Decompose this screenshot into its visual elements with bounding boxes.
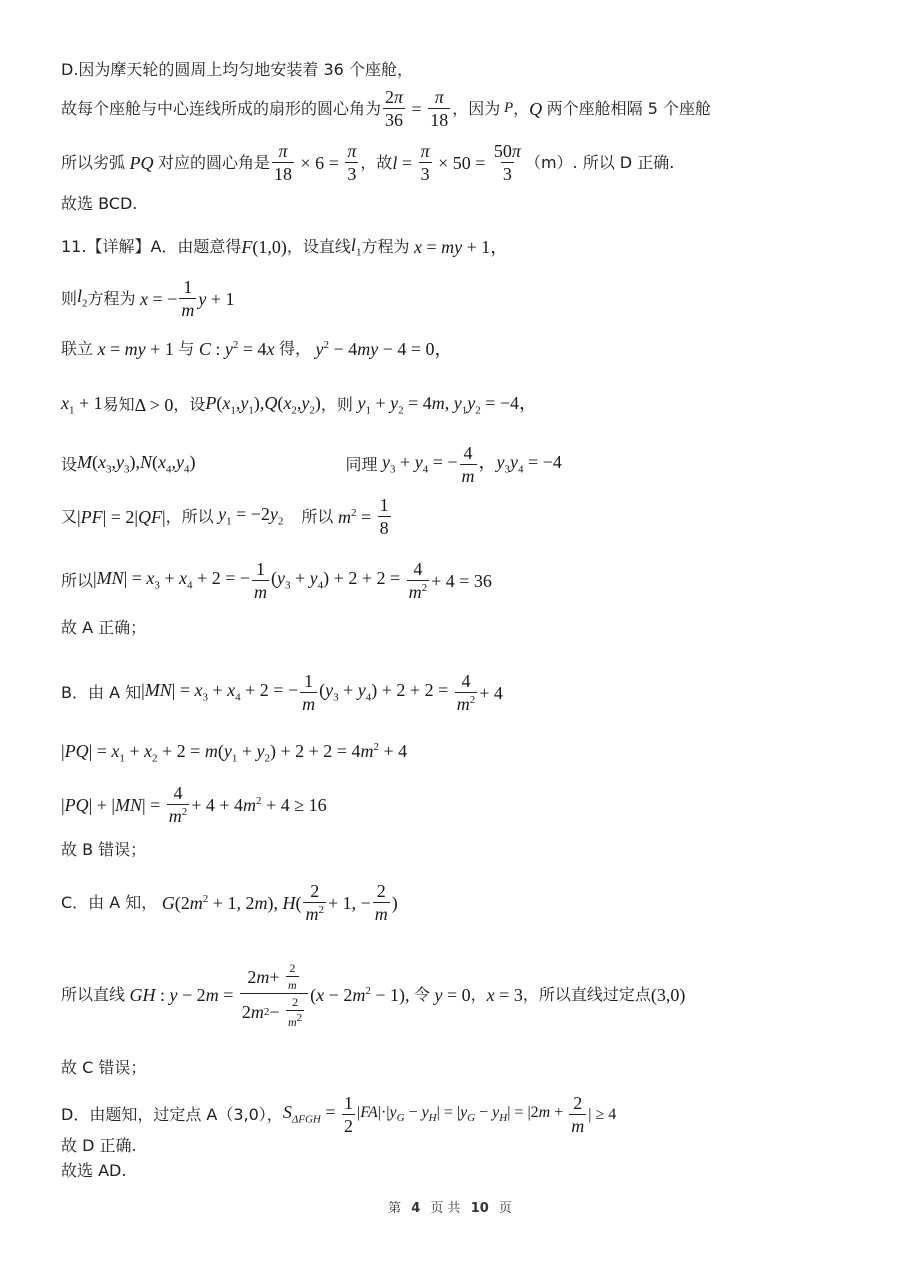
line-b-mn: B．由 A 知 |MN| = x3 + x4 + 2 = − 1m (y3 + … [61, 672, 503, 713]
line-d-area: D．由题知，过定点 A（3,0）， SΔFGH = 12 |FA|·|yG − … [61, 1094, 616, 1135]
text: ， [471, 987, 487, 1003]
fraction-pi-over-18: π18 [428, 88, 450, 129]
line-ferris-wheel-seats: D.因为摩天轮的圆周上均匀地安装着 36 个座舱， [61, 62, 413, 78]
text: 联立 [61, 341, 93, 357]
line-l2-equation: 则 l2 方程为 x = − 1m y + 1 [61, 278, 235, 319]
line-sector-angle: 故每个座舱与中心连线所成的扇形的圆心角为 2π36 = π18 ，因为 P ， … [61, 88, 711, 129]
line-answer-ad: 故选 AD. [61, 1163, 126, 1179]
text: 则 [61, 291, 77, 307]
text: ，所以直线过定点 [523, 987, 651, 1003]
text: 又 [61, 509, 77, 525]
total-pages: 10 [471, 1201, 489, 1216]
text: 同理 [346, 457, 378, 473]
text: 对应的圆心角是 [158, 155, 270, 171]
slope-fraction: 2m + 2m 2m2 − 2m2 [240, 962, 308, 1028]
text: ，所以 [166, 509, 214, 525]
text: 故 B 错误； [61, 842, 146, 858]
line-combine: 联立 x = my + 1 与 C : y2 = 4x 得， y2 − 4my … [61, 340, 453, 358]
page-number: 4 [411, 1201, 420, 1216]
fraction-2pi-over-36: 2π36 [383, 88, 405, 129]
footer-prefix: 第 [388, 1201, 401, 1216]
text: D.因为摩天轮的圆周上均匀地安装着 36 个座舱， [61, 62, 413, 78]
text: 所以劣弧 [61, 155, 125, 171]
text: 设 [61, 457, 77, 473]
page-footer: 第 4 页 共 10 页 [0, 1197, 900, 1216]
line-sum-inequality: |PQ| + |MN| = 4m2 + 4 + 4m2 + 4 ≥ 16 [61, 784, 327, 825]
line-c-gh-points: C．由 A 知， G(2m2 + 1, 2m), H( 2m2 + 1, − 2… [61, 882, 398, 923]
text: ，设直线 [287, 239, 351, 255]
text: B．由 A 知 [61, 685, 141, 701]
text: 得， [279, 341, 311, 357]
text: ，故 [360, 155, 392, 171]
text: （m）. 所以 D 正确. [525, 155, 674, 171]
footer-suffix: 页 [499, 1201, 512, 1216]
line-a-correct: 故 A 正确； [61, 620, 146, 636]
line-mn-points: 设 M(x3,y3),N(x4,y4) 同理 y3 + y4 = − 4m ，y… [61, 444, 562, 485]
text: 所以直线 [61, 987, 125, 1003]
line-vieta: x1 + 1 易知 Δ > 0 ，设 P(x1,y1),Q(x2,y2) ，则 … [61, 394, 537, 417]
text: ，则 [321, 397, 353, 413]
text: 故选 BCD. [61, 196, 137, 212]
text: 11.【详解】A．由题意得 [61, 239, 241, 255]
text: 令 [414, 987, 430, 1003]
text: 故 D 正确. [61, 1138, 137, 1154]
line-b-wrong: 故 B 错误； [61, 842, 146, 858]
text: 方程为 [361, 239, 409, 255]
text: ，设 [173, 397, 205, 413]
text: ，因为 [452, 101, 500, 117]
line-q11-intro: 11.【详解】A．由题意得 F(1,0) ，设直线 l1 方程为 x = my … [61, 236, 508, 259]
line-mn-length: 所以 |MN| = x3 + x4 + 2 = − 1m (y3 + y4) +… [61, 560, 492, 601]
text: 所以 [61, 573, 93, 589]
line-pf-qf: 又 |PF| = 2|QF| ，所以 y1 = −2y2 所以 m2 = 18 [61, 496, 393, 537]
text: C．由 A 知， [61, 895, 157, 911]
line-arc-length: 所以劣弧 PQ 对应的圆心角是 π18 × 6 = π3 ，故 l = π3 ×… [61, 142, 674, 183]
text: 方程为 [88, 291, 136, 307]
text: 易知 [103, 397, 135, 413]
text: 所以 [301, 509, 333, 525]
line-c-wrong: 故 C 错误； [61, 1060, 146, 1076]
text: 故选 AD. [61, 1163, 126, 1179]
text: ， [513, 101, 529, 117]
text: 故 C 错误； [61, 1060, 146, 1076]
line-gh-line: 所以直线 GH : y − 2m = 2m + 2m 2m2 − 2m2 (x … [61, 962, 685, 1028]
line-d-correct: 故 D 正确. [61, 1138, 137, 1154]
footer-middle: 页 共 [430, 1201, 460, 1216]
text: D．由题知，过定点 A（3,0）， [61, 1107, 283, 1123]
text: 故每个座舱与中心连线所成的扇形的圆心角为 [61, 101, 381, 117]
text: 与 [178, 341, 194, 357]
text: 两个座舱相隔 5 个座舱 [547, 101, 711, 117]
line-pq-length: |PQ| = x1 + x2 + 2 = m(y1 + y2) + 2 + 2 … [61, 742, 407, 765]
text: 故 A 正确； [61, 620, 146, 636]
line-answer-bcd: 故选 BCD. [61, 196, 137, 212]
